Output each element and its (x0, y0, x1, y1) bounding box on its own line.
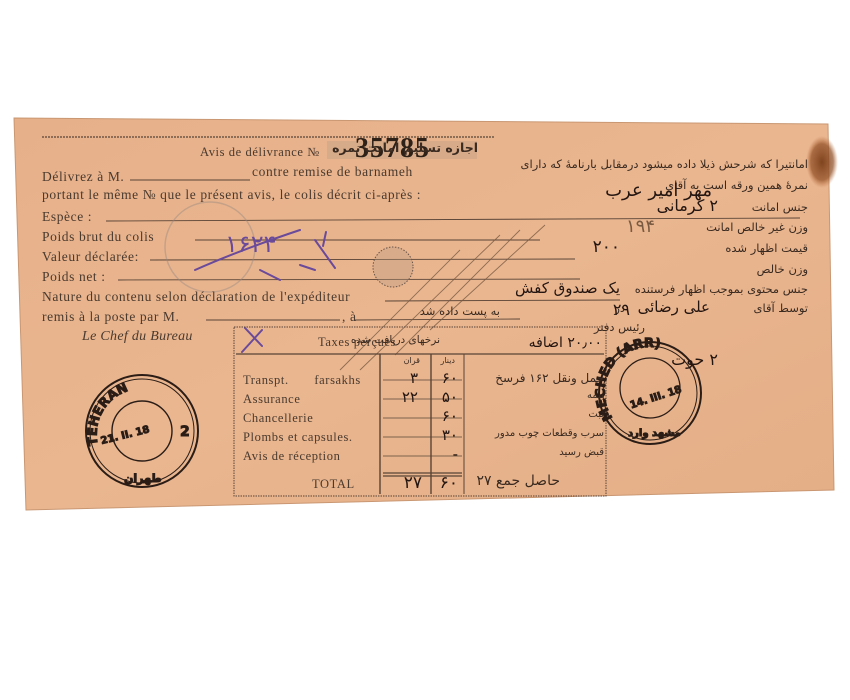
fa-line-3: جنس امانت (752, 202, 808, 214)
tax-row-kran: ۲۲ (402, 390, 418, 405)
total-kran: ۲۷ (404, 475, 422, 492)
label-against: contre remise de barnameh (252, 165, 413, 179)
title-fa: اجازه تسلیم امانت نمره (332, 142, 478, 155)
label-posted-at: , à (342, 310, 357, 324)
hand-declared-value: ۲۰۰ (593, 239, 620, 256)
tax-row-label-fa: ثبت (588, 410, 604, 420)
tax-row-label-fr: Chancellerie (243, 412, 313, 425)
taxes-title-fa: نرخهای دریافت شده (351, 335, 440, 346)
fa-line-9: به پست داده شد (420, 306, 500, 318)
fa-line-1: امانتیرا که شرحش ذیلا داده میشود درمقابل… (521, 159, 809, 171)
label-deliver-to: Délivrez à M. (42, 170, 124, 184)
tax-row-kran: ۳ (410, 371, 418, 386)
svg-text:2: 2 (180, 424, 190, 440)
total-label-fr: TOTAL (312, 478, 355, 491)
stain (806, 136, 838, 188)
fa-line-8: توسط آقای (753, 303, 808, 315)
hand-town: ۲۹ (613, 302, 630, 318)
hand-gross-weight: ۱۹۴ (626, 218, 655, 236)
tax-row-label-fr: Transpt. farsakhs (243, 374, 361, 387)
postal-receipt-document: TEHERAN 2 21. II. 18 طهران MECHED (ARR) … (0, 0, 850, 700)
fa-line-6: وزن خالص (757, 264, 808, 276)
label-posted-by: remis à la poste par M. (42, 310, 180, 324)
tax-row-label-fa: قبض رسید (559, 448, 604, 458)
small-seal-stamp (373, 247, 413, 287)
fa-line-7: جنس محتوی بموجب اظهار فرستنده (635, 284, 808, 296)
tax-row-label-fa: سرب وقطعات چوب مدور (495, 429, 604, 439)
label-bearing: portant le même № que le présent avis, l… (42, 188, 421, 202)
fa-line-4: وزن غیر خالص امانت (706, 222, 808, 234)
label-declared-value: Valeur déclarée: (42, 250, 139, 264)
tax-row-label-fr: Avis de réception (243, 450, 340, 463)
tax-row-label-fr: Plombs et capsules. (243, 431, 353, 444)
col-header-kran: قران (404, 357, 420, 365)
label-gross-weight: Poids brut du colis (42, 230, 154, 244)
label-signature: Le Chef du Bureau (82, 330, 193, 344)
hand-sender: علی رضائی (638, 300, 710, 315)
title-fr: Avis de délivrance № (200, 146, 320, 159)
label-species: Espèce : (42, 210, 92, 224)
tax-row-dinar: ۶۰ (442, 371, 458, 386)
fa-line-5: قیمت اظهار شده (725, 243, 808, 255)
svg-text:مشهد وارد: مشهد وارد (628, 428, 681, 439)
tax-row-label-fa: حمل ونقل ۱۶۲ فرسخ (495, 372, 604, 384)
taxes-handwritten-note: ۲۰٫۰۰ اضافه (529, 336, 602, 350)
total-label-fa: حاصل جمع ۲۷ (476, 474, 560, 488)
tax-row-dinar: ۳۰ (442, 428, 458, 443)
col-header-dinar: دینار (440, 357, 455, 365)
label-nature: Nature du contenu selon déclaration de l… (42, 290, 350, 304)
tax-row-label-fr: Assurance (243, 393, 300, 406)
svg-text:طهران: طهران (124, 472, 162, 485)
label-net-weight: Poids net : (42, 270, 106, 284)
tax-row-dinar: ۵۰ (442, 390, 458, 405)
paper-sheet: TEHERAN 2 21. II. 18 طهران MECHED (ARR) … (0, 0, 850, 700)
hand-date-note: ۲ حوت (671, 352, 718, 368)
tax-row-dinar: - (453, 447, 458, 462)
tax-row-label-fa: بیمه (587, 391, 604, 401)
hand-violet-number: ۱۶۲۴ (225, 232, 277, 256)
tax-row-dinar: ۶۰ (442, 409, 458, 424)
fa-line-10: رئیس دفتر (594, 322, 645, 334)
hand-goods: ۲ کرمانی (657, 198, 718, 214)
hand-contents: یک صندوق کفش (515, 281, 620, 296)
total-dinar: ۶۰ (440, 475, 458, 492)
